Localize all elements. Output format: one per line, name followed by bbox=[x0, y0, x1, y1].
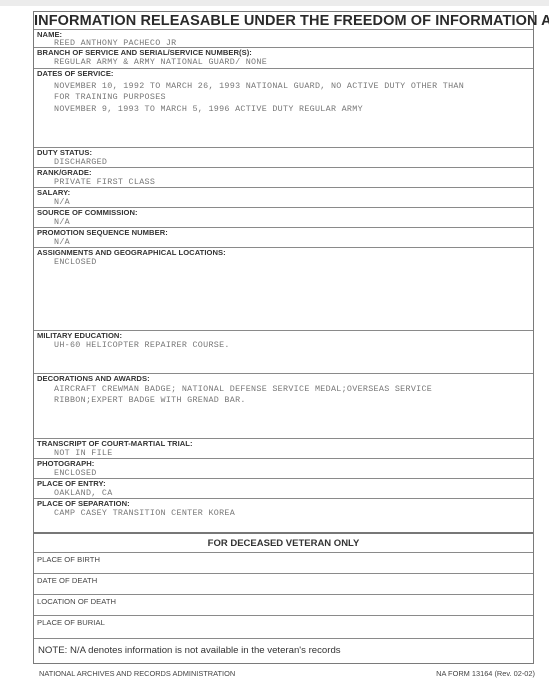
field-rank-grade: RANK/GRADE: PRIVATE FIRST CLASS bbox=[34, 167, 533, 187]
field-value-line: RIBBON;EXPERT BADGE WITH GRENAD BAR. bbox=[54, 395, 246, 406]
field-label: LOCATION OF DEATH bbox=[37, 597, 116, 606]
field-dates-of-service: DATES OF SERVICE: NOVEMBER 10, 1992 TO M… bbox=[34, 68, 533, 147]
footer-agency: NATIONAL ARCHIVES AND RECORDS ADMINISTRA… bbox=[39, 669, 235, 678]
field-label: SOURCE OF COMMISSION: bbox=[37, 208, 138, 217]
foia-release-form: INFORMATION RELEASABLE UNDER THE FREEDOM… bbox=[33, 11, 534, 664]
field-label: DATE OF DEATH bbox=[37, 576, 97, 585]
field-duty-status: DUTY STATUS: DISCHARGED bbox=[34, 147, 533, 167]
field-location-of-death: LOCATION OF DEATH bbox=[34, 594, 533, 615]
field-court-martial: TRANSCRIPT OF COURT-MARTIAL TRIAL: NOT I… bbox=[34, 438, 533, 458]
field-promotion-sequence: PROMOTION SEQUENCE NUMBER: N/A bbox=[34, 227, 533, 247]
deceased-section: FOR DECEASED VETERAN ONLY bbox=[34, 532, 533, 552]
field-place-of-burial: PLACE OF BURIAL bbox=[34, 615, 533, 637]
field-assignments: ASSIGNMENTS AND GEOGRAPHICAL LOCATIONS: … bbox=[34, 247, 533, 330]
field-value: REGULAR ARMY & ARMY NATIONAL GUARD/ NONE bbox=[54, 57, 267, 68]
field-label: DUTY STATUS: bbox=[37, 148, 92, 157]
field-place-of-separation: PLACE OF SEPARATION: CAMP CASEY TRANSITI… bbox=[34, 498, 533, 532]
field-label: DATES OF SERVICE: bbox=[37, 69, 114, 78]
field-label: BRANCH OF SERVICE AND SERIAL/SERVICE NUM… bbox=[37, 48, 252, 57]
field-value: UH-60 HELICOPTER REPAIRER COURSE. bbox=[54, 340, 230, 351]
field-label: RANK/GRADE: bbox=[37, 168, 92, 177]
field-label: ASSIGNMENTS AND GEOGRAPHICAL LOCATIONS: bbox=[37, 248, 226, 257]
deceased-section-header: FOR DECEASED VETERAN ONLY bbox=[34, 539, 533, 549]
field-source-of-commission: SOURCE OF COMMISSION: N/A bbox=[34, 207, 533, 227]
field-value-line: NOVEMBER 10, 1992 TO MARCH 26, 1993 NATI… bbox=[54, 81, 464, 92]
field-label: PLACE OF SEPARATION: bbox=[37, 499, 130, 508]
field-label: TRANSCRIPT OF COURT-MARTIAL TRIAL: bbox=[37, 439, 193, 448]
field-value: CAMP CASEY TRANSITION CENTER KOREA bbox=[54, 508, 235, 519]
note-text: NOTE: N/A denotes information is not ava… bbox=[38, 645, 341, 656]
field-name: NAME: REED ANTHONY PACHECO JR bbox=[34, 29, 533, 47]
field-value-line: NOVEMBER 9, 1993 TO MARCH 5, 1996 ACTIVE… bbox=[54, 104, 363, 115]
field-label: PLACE OF BIRTH bbox=[37, 555, 100, 564]
field-branch: BRANCH OF SERVICE AND SERIAL/SERVICE NUM… bbox=[34, 47, 533, 68]
field-salary: SALARY: N/A bbox=[34, 187, 533, 207]
field-label: PHOTOGRAPH: bbox=[37, 459, 94, 468]
field-value-line: AIRCRAFT CREWMAN BADGE; NATIONAL DEFENSE… bbox=[54, 384, 432, 395]
page-top-edge bbox=[0, 0, 549, 6]
field-label: SALARY: bbox=[37, 188, 70, 197]
field-label: PLACE OF ENTRY: bbox=[37, 479, 106, 488]
field-photograph: PHOTOGRAPH: ENCLOSED bbox=[34, 458, 533, 478]
field-military-education: MILITARY EDUCATION: UH-60 HELICOPTER REP… bbox=[34, 330, 533, 373]
field-date-of-death: DATE OF DEATH bbox=[34, 573, 533, 594]
field-label: PLACE OF BURIAL bbox=[37, 618, 105, 627]
note-row: NOTE: N/A denotes information is not ava… bbox=[34, 638, 533, 665]
field-place-of-entry: PLACE OF ENTRY: OAKLAND, CA bbox=[34, 478, 533, 498]
field-label: PROMOTION SEQUENCE NUMBER: bbox=[37, 228, 168, 237]
field-place-of-birth: PLACE OF BIRTH bbox=[34, 552, 533, 573]
footer-form-number: NA FORM 13164 (Rev. 02-02) bbox=[436, 669, 535, 678]
field-label: MILITARY EDUCATION: bbox=[37, 331, 122, 340]
field-value: ENCLOSED bbox=[54, 257, 97, 268]
form-title: INFORMATION RELEASABLE UNDER THE FREEDOM… bbox=[34, 12, 533, 29]
field-value-line: FOR TRAINING PURPOSES bbox=[54, 92, 166, 103]
field-decorations: DECORATIONS AND AWARDS: AIRCRAFT CREWMAN… bbox=[34, 373, 533, 438]
field-label: DECORATIONS AND AWARDS: bbox=[37, 374, 150, 383]
